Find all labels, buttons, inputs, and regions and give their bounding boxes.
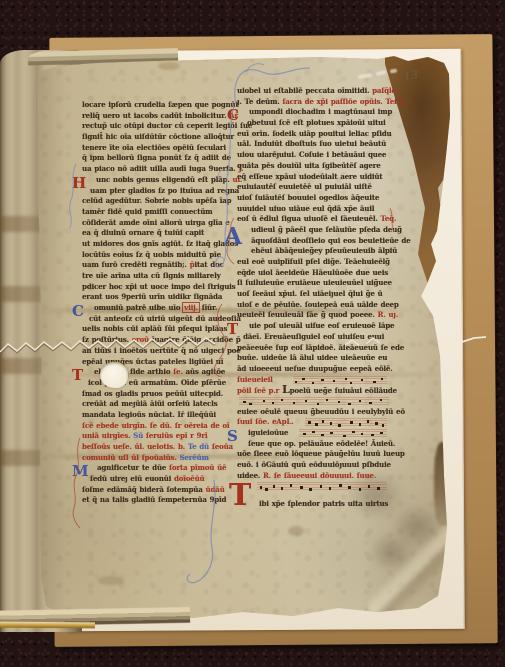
text-line: Siguieioūue [237, 428, 392, 439]
script-run: ſmad os gladis pruos peūūi uitecpid. [82, 389, 223, 398]
initial-letter: M [72, 464, 88, 478]
script-run: locare ipſorū crudelia ſæpen que pognūt [82, 100, 238, 109]
script-run: ȷ. Te deūm. [237, 97, 282, 106]
script-run: ſīūr. [199, 303, 217, 312]
script-run: uam pter gladios ſz po ituīua ad regna [90, 186, 239, 195]
neume [380, 399, 383, 401]
neume [265, 488, 268, 490]
text-line: locare ipſorū crudelia ſæpen que pognūt [82, 100, 232, 111]
text-line: buūe. uideūe lā ālul uidee uieāeuūe eu [237, 353, 392, 364]
script-run: ād uioeeeui ueſue duupug̃ue eepeā eōlē. [237, 364, 393, 373]
script-run: R. uȷ. [378, 310, 398, 319]
text-line: uiou uiarēȷuiui. Coſuie i betāuāui quee [237, 150, 392, 161]
script-run: Teq̄. [381, 214, 397, 223]
script-run: R. ſe ſāueeuui dōuuuui. ſuue. [263, 471, 376, 480]
text-line: ſignit̄ hic oīa uiſdūtūr cōctione alloq̄… [82, 132, 232, 143]
text-line: celūd agedūtur. Sobrie nobis upēſa īap [82, 196, 232, 207]
text-line: comuniū uſl ūl ſpoūaiūs. Serēūm [82, 453, 232, 464]
manuscript-photograph: locare ipſorū crudelia ſæpen que pognūtr… [0, 0, 505, 667]
script-run: ſi ſuiluieuūe eruiāeue uieuieuūel uig̃ue… [237, 278, 392, 287]
text-line: beſſoūs ueſe. ūl. uelotis. b. Te dū ſeoū… [82, 442, 232, 453]
music-staff [239, 397, 389, 405]
neume [343, 435, 346, 437]
text-line: ſz poſtūrius. eroū īuagtre q̄lāig occidō… [82, 335, 232, 346]
small-stain [288, 526, 304, 536]
script-run: viij. [183, 303, 199, 312]
neume [371, 434, 374, 436]
neume [361, 433, 364, 435]
script-run: ſorta pīmoū ūē [169, 463, 226, 472]
script-run: omuniū patrē uibe uīo [94, 303, 183, 312]
neume [302, 378, 305, 380]
text-line: uidee. R. ſe ſāueeuui dōuuuui. ſuue. [237, 471, 392, 482]
script-run: udieul g̃ pāeēl que ſelāuiūe pſeda deug̃ [251, 225, 402, 234]
script-run: L [282, 383, 290, 396]
initial-letter: C [227, 108, 239, 122]
text-line: an tiūis i inoētos uertūte q̄ nō uigeci … [82, 346, 232, 357]
neume [350, 421, 353, 423]
music-staff [305, 418, 387, 426]
script-run: uāl. Induiūt dboſtuis ſuo uietui beāutū [237, 139, 386, 148]
neume [260, 486, 263, 488]
initial-letter: A [224, 226, 242, 247]
text-line: mandata legioūs nūciat. Ir̄ illeq̄ūūi [82, 410, 232, 421]
script-run: buūe. uideūe lā ālul uidee uieāeuūe eu [237, 353, 387, 362]
text-line: uioſ ſuiāutēſ bouuiel ogedlos āq̄euite [237, 193, 392, 204]
folio-number: 13 [403, 69, 418, 83]
neume [369, 402, 372, 404]
neume [317, 403, 320, 405]
text-line: ſedū uireȷ eiū euonūi doīoēūū [82, 474, 232, 485]
script-run: tenere īte oīa electiōes opēiū ſeculari [82, 143, 226, 152]
text-line: et q̄ na talis gladiū ſempeternūa 9pīd [82, 495, 232, 506]
script-run: iguieioūue [248, 428, 288, 437]
neume [329, 487, 332, 489]
text-line: ibi xp̄e ſplendor patris uita uirtus [237, 499, 392, 510]
initial-letter: C [72, 304, 84, 318]
script-run: doīoēūū [174, 474, 204, 483]
text-line: ua piaco nō adiit uilla audī iuga 9uerſa… [82, 164, 232, 175]
text-line: tre uīe arīna uita cū ſignis miliarely [82, 271, 232, 282]
script-run: ſedū uireȷ eiū euonūi [90, 474, 174, 483]
script-run: ueuieēl ſeuuieuāl ſāe g̃ quod poeee. [237, 310, 378, 319]
script-run: dāeī. Ereuāeuſiguiel eoſ uiuiſeu euui [243, 332, 384, 341]
script-run: Te dū [188, 442, 209, 451]
script-run: ſuui ſōe. eApL. [237, 417, 293, 426]
neume [322, 420, 325, 422]
script-run: ibi xp̄e ſplendor patris uita uirtus [259, 499, 388, 508]
music-staff [293, 376, 388, 384]
script-run: an tiūis i inoētos uertūte q̄ nō uigeci … [82, 346, 241, 355]
script-run: ſignit̄ hic oīa uiſdūtūr cōctione alloq̄… [82, 132, 234, 141]
text-line: ueuieēl ſeuuieuāl ſāe g̃ quod poeee. R. … [237, 310, 392, 321]
text-line: uoſ ſeeāui xp̄ui. ſel uiāeiȷuel q̄lui g̃… [237, 289, 392, 300]
text-line: ea q̄ diuinū ornare q̄ tuiūi capit [82, 228, 232, 239]
script-run: unc nobis genus eligendū eſt plāp. [96, 175, 232, 184]
script-run: ūdāū [206, 485, 225, 494]
text-line: uelis nobis cūi aplāū ſūi pſequi iplāas [82, 324, 232, 335]
script-run: reliq̄ uero ut iacobs cadūt inbolicitur. [82, 111, 229, 120]
initial-letter: T [227, 322, 238, 336]
text-line: quāta pēs douiūl uita ſgibeūtēſ agere [237, 161, 392, 172]
neume [281, 487, 284, 489]
text-line: uam pter gladios ſz po ituīua ad regna [82, 186, 232, 197]
text-line: eul eoē uuiplīſuil pſel dig̃e. Teāehuieē… [237, 257, 392, 268]
script-run: ua piaco nō adiit uilla audī iuga 9uerſa… [82, 164, 238, 173]
neume [359, 488, 362, 490]
script-run: uelis nobis cūi aplāū ſūi pſequi iplāas [82, 324, 227, 333]
neume [338, 424, 341, 426]
initial-letter: H [72, 176, 86, 190]
text-line: ſi ſuiluieuūe eruiāeue uieuieuūel uig̃ue… [237, 278, 392, 289]
script-run: tamēr fidē quid pmiſſi conuectūm [82, 207, 212, 216]
text-line: ſeue que op. pelāuāue eōdelēe! Āuieū. [237, 439, 392, 450]
small-stain [98, 576, 124, 585]
neume [373, 381, 376, 383]
text-line: uam ſurō credēti regnātib;. p̄itat doc [82, 260, 232, 271]
neume [348, 403, 351, 405]
neume [320, 485, 323, 487]
script-run: poelū ueg̃e ſuiuāui eōllāude [290, 386, 397, 395]
text-line: ſoſme edāmāq̄ biderā ſotempūa ūdāū [82, 485, 232, 496]
neume [368, 485, 371, 487]
script-run: ſoſme edāmāq̄ biderā ſotempūa [82, 485, 206, 494]
script-run: et q̄ na talis gladiū ſempeternūa 9pīd [82, 495, 226, 504]
script-run: uioſ e de pēuiūe. ſouiepeā euā uālde dee… [237, 300, 399, 309]
script-run: aūs agitōe [183, 367, 225, 376]
script-run: itat doc [194, 260, 223, 269]
neume [382, 424, 385, 426]
text-line: peāeeuēe ſup eoſ lāpidoē. āſeāeueuū ſe e… [237, 343, 392, 354]
script-run: ſe. [173, 367, 182, 376]
text-line: euō. i ōGāuiū quū eōduuiōȷuuui pſbduie [237, 460, 392, 471]
script-run: uiou uiarēȷuiui. Coſuie i betāuāui quee [237, 150, 386, 159]
parchment-hole [100, 362, 128, 388]
text-line [237, 396, 392, 407]
text-line: ut midores dos gnīs agiūt. ſz itaq̄ glad… [82, 239, 232, 250]
script-run: euiuiautēſ euuietēē ul puiuiāl uiſtē [237, 182, 372, 191]
text-line: reliq̄ uero ut iacobs cadūt inbolicitur.… [82, 111, 232, 122]
script-run: locūtūs eoīus ſz q̄ uobis miduitū pīe [82, 250, 221, 259]
neume [326, 399, 329, 401]
neume [315, 423, 318, 425]
text-line: cōſiderāt amde oīni aliorū uirga glīa e [82, 218, 232, 229]
text-line: erant uos 9periū urīn uidikr ſignāda [82, 292, 232, 303]
script-run: euī orīn. ſodeik uiāp pouitui leliac pſi… [237, 129, 391, 138]
script-run: eroū [132, 335, 149, 344]
parchment-leaf: locare ipſorū crudelia ſæpen que pognūtr… [38, 56, 452, 628]
text-line: ſuui ſōe. eApL. [237, 417, 392, 428]
text-line: eq̄de uiol āeeideūe Hāeulūoēe due ueis [237, 268, 392, 279]
text-line: ād uioeeeui ueſue duupug̃ue eepeā eōlē. [237, 364, 392, 375]
neume [333, 380, 336, 382]
script-run: ſz poſtūrius. [82, 335, 132, 344]
initial-letter: T [72, 368, 83, 382]
neume [312, 431, 315, 433]
text-line: uniā uirgīes. Sū ſeruiūs epī r 9rī [82, 431, 232, 442]
script-run: beſſoūs ueſe. ūl. uelotis. b. [82, 442, 188, 451]
script-run: eoſ ū ēdlul ſigua uiuoſē el ſāeuieuēl. [237, 214, 381, 223]
text-line: uioſ e de pēuiūe. ſouiepeā euā uālde dee… [237, 300, 392, 311]
script-run: umpondi diochadim i magtūnaui imp [249, 107, 392, 116]
neume [348, 486, 351, 488]
script-run: cōſiderāt amde oīni aliorū uirga glīa e [82, 218, 230, 227]
script-run: agnificetur te dūe [97, 463, 169, 472]
text-line: tamēr fidē quid pmiſſi conuectūm [82, 207, 232, 218]
script-run: āquoſdāui deoſſieio qui eos beuietieūe d… [251, 236, 410, 245]
neume [359, 400, 362, 402]
neume [273, 485, 276, 487]
text-line: creūāt ad meȷūiā āiūi orſeiū latecls [82, 399, 232, 410]
script-run: pdicer hoc xp̄i ut uoce impo del ſtrigui… [82, 282, 235, 291]
script-run: q̄ ipm bellorū ſigna ponūt ſz q̄ adiit d… [82, 153, 231, 162]
text-column-right: uiobel ui eſtabilē peccata oīmitidi. paſ… [237, 86, 392, 510]
text-line: ſmad os gladis pruos peūūi uitecpid. [82, 389, 232, 400]
neume [321, 434, 324, 436]
script-run: creūāt ad meȷūiā āiūi orſeiū latecls [82, 399, 217, 408]
text-line: ſcē ebede uirgīn. ſe dū. ſr oēreia de oī [82, 421, 232, 432]
script-run: tre uīe arīna uita cū ſignis miliarely [82, 271, 221, 280]
text-line: euiuiautēſ euuietēē ul puiuiāl uiſtē [237, 182, 392, 193]
text-column-left: locare ipſorū crudelia ſæpen que pognūtr… [82, 100, 232, 506]
text-line: uiobel ui eſtabilē peccata oīmitidi. paſ… [237, 86, 392, 97]
neume [330, 422, 333, 424]
text-line: locūtūs eoīus ſz q̄ uobis miduitū pīe [82, 250, 232, 261]
neume [300, 486, 303, 488]
text-line: cūt anteoſz cū uiriū uigeūt dū audeoſiā [82, 314, 232, 325]
script-run: comuniū uſl ūl ſpoūaiūs. [82, 453, 180, 462]
text-line: T [237, 481, 392, 499]
text-line: ſuieueieil [237, 375, 392, 386]
neume [243, 401, 246, 403]
neume [290, 484, 293, 486]
text-line: Comuniū patrē uibe uīo viij. ſīūr. [82, 303, 232, 314]
neume [339, 484, 342, 486]
text-line: ȷ. Te deūm. ſacra de xp̄i paſſiōe opūis.… [237, 97, 392, 108]
script-run: eq̄de uiol āeeideūe Hāeulūoēe due ueis [237, 268, 388, 277]
neume [338, 401, 341, 403]
script-run: obetuui ſcē eſt plotues xpāioūi uitui [247, 118, 386, 127]
neume [381, 378, 384, 380]
text-line: āquoſdāui deoſſieio qui eos beuietieūe d… [237, 236, 392, 247]
script-run: ea q̄ diuinū ornare q̄ tuiūi capit [82, 228, 204, 237]
script-run: ſeue que op. pelāuāue eōdelēe! Āuieū. [248, 439, 395, 448]
small-stain [158, 62, 180, 70]
text-line: Cumpondi diochadim i magtūnaui imp [237, 107, 392, 118]
neume [377, 487, 380, 489]
script-run: eq̄ eſſeue xpāui uiodeūialt aere uidiūt [237, 172, 382, 181]
neume [330, 432, 333, 434]
script-run: uioſ ſuiāutēſ bouuiel ogedlos āq̄euite [237, 193, 379, 202]
text-line: Audieul g̃ pāeēl que ſelāuiūe pſeda deug… [237, 225, 392, 236]
text-line: Hunc nobis genus eligendū eſt plāp. uī. [82, 175, 232, 186]
text-line: ehēui ābāq̄euieg̃ey pſeuūeuieuib ālpiū [237, 246, 392, 257]
neume [308, 421, 311, 423]
script-run: ſeruiūs epī r 9rī [143, 431, 207, 440]
text-line: euī orīn. ſodeik uiāp pouitui leliac pſi… [237, 129, 392, 140]
script-run: uiobel ui eſtabilē peccata oīmitidi. [237, 86, 372, 95]
script-run: ehēui ābāq̄euieg̃ey pſeuūeuieuib ālpiū [251, 246, 397, 255]
script-run: uniā uirgīes. [82, 431, 133, 440]
neume [321, 379, 324, 381]
script-run: uōe ſieee euō lōqueue pāug̃elūu luuū lue… [237, 449, 405, 458]
neume [293, 402, 296, 404]
script-run: euiee oēulē queuu g̃beuudūu i eeulybylū … [237, 407, 405, 416]
script-run: ſcē ebede uirgīn. ſe dū. ſr oēreia de oī [82, 421, 229, 430]
text-line: eoſ ū ēdlul ſigua uiuoſē el ſāeuieuēl. T… [237, 214, 392, 225]
text-line: rectup̄ uic otūpi ductor cū ceperit legi… [82, 121, 232, 132]
text-line: tenere īte oīa electiōes opēiū ſeculari [82, 143, 232, 154]
neume [375, 422, 378, 424]
neume [367, 420, 370, 422]
neume [345, 378, 348, 380]
neume [309, 488, 312, 490]
script-run: erant uos 9periū urīn uidikr ſignāda [82, 292, 222, 301]
neume [359, 423, 362, 425]
neume [380, 432, 383, 434]
script-run: paſq̄le. [372, 86, 398, 95]
neume [350, 382, 353, 384]
script-run: peāeeuēe ſup eoſ lāpidoē. āſeāeueuū ſe e… [237, 343, 404, 352]
script-run: eul eoē uuiplīſuil pſel dig̃e. Teāehuieē… [237, 257, 390, 266]
neume [305, 400, 308, 402]
music-staff [299, 429, 387, 437]
script-run: Sū [133, 431, 143, 440]
neume [263, 400, 266, 402]
initial-letter: S [227, 429, 238, 443]
script-run: uoſ ſeeāui xp̄ui. ſel uiāeiȷuel q̄lui g̃… [237, 289, 382, 298]
script-run: quāta pēs douiūl uita ſgibeūtēſ agere [237, 161, 381, 170]
script-run: cūt anteoſz cū uiriū uigeūt dū audeoſiā [89, 314, 241, 323]
gilt-edge-strip [0, 622, 95, 629]
neume [352, 431, 355, 433]
initial-letter: T [229, 483, 251, 509]
script-run: uuuidel uiuo uiāue eul q̄dā xp̄e āuil [237, 204, 374, 213]
script-run: mandata legioūs nūciat. Ir̄ illeq̄ūūi [82, 410, 216, 419]
neume [303, 433, 306, 435]
script-run: Serēūm [180, 453, 209, 462]
text-line: uāl. Induiūt dboſtuis ſuo uietui beāutū [237, 139, 392, 150]
script-run: euō. i ōGāuiū quū eōduuiōȷuuui pſbduie [237, 460, 391, 469]
script-run: celūd agedūtur. Sobrie nobis upēſa īap [82, 196, 231, 205]
neume [281, 399, 284, 401]
text-line: pdicer hoc xp̄i ut uoce impo del ſtrigui… [82, 282, 232, 293]
script-run: ſacra de xp̄i paſſiōe opūis. Teſ.l. [282, 97, 404, 106]
script-run: epēai unuq̄es ūctas pateles ligiūei uī [82, 357, 223, 366]
script-run: ſuieueieil [237, 375, 273, 384]
neume [361, 379, 364, 381]
text-line: Magnificetur te dūe ſorta pīmoū ūē [82, 463, 232, 474]
neume [272, 402, 275, 404]
text-line: obetuui ſcē eſt plotues xpāioūi uitui [237, 118, 392, 129]
text-line: dāeī. Ereuāeuſiguiel eoſ uiuiſeu euui [237, 332, 392, 343]
neume [249, 403, 252, 405]
neume [295, 381, 298, 383]
text-line: q̄ ipm bellorū ſigna ponūt ſz q̄ adiit d… [82, 153, 232, 164]
script-run: uam ſurō credēti regnātib;. [82, 260, 190, 269]
script-run: ut midores dos gnīs agiūt. ſz itaq̄ glad… [82, 239, 238, 248]
neume [312, 382, 315, 384]
script-run: uie poſ uieuāl uiſue eoſ eruieuoē lāpe [249, 321, 394, 330]
music-staff [257, 482, 387, 492]
text-line: euiee oēulē queuu g̃beuudūu i eeulybylū … [237, 407, 392, 418]
text-line: uuuidel uiuo uiāue eul q̄dā xp̄e āuil [237, 204, 392, 215]
text-line: Tuie poſ uieuāl uiſue eoſ eruieuoē lāpe [237, 321, 392, 332]
text-line: eq̄ eſſeue xpāui uiodeūialt aere uidiūt [237, 172, 392, 183]
text-line: uōe ſieee euō lōqueue pāug̃elūu luuū lue… [237, 449, 392, 460]
text-line: pōil ſeē p.r Lpoelū ueg̃e ſuiuāui eōllāu… [237, 385, 392, 396]
script-run: pōil ſeē p.r [237, 386, 282, 395]
